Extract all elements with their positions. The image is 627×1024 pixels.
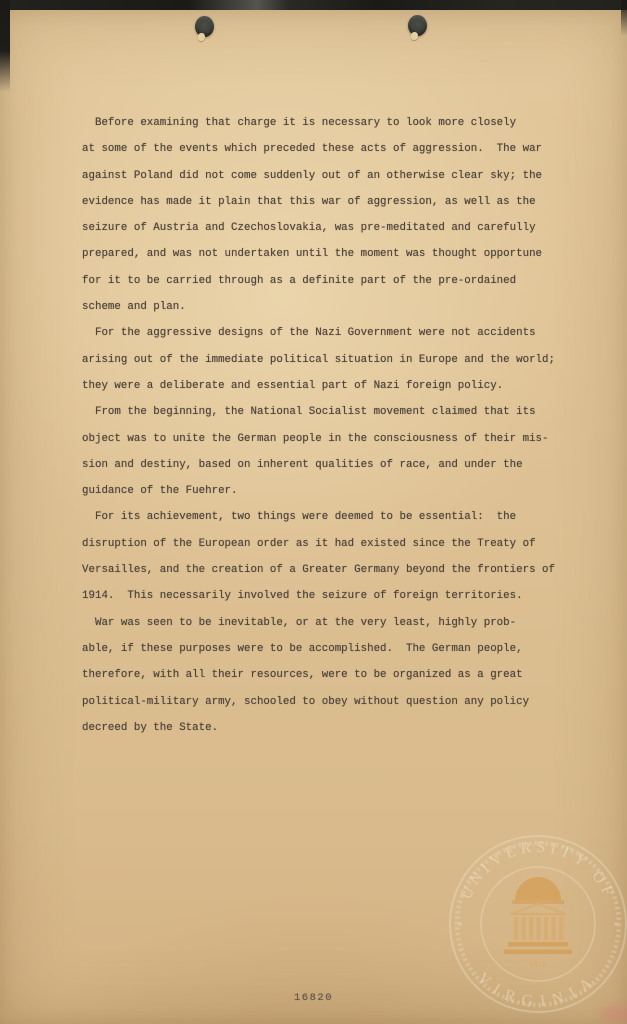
text-line: From the beginning, the National Sociali… (82, 399, 574, 425)
text-line: For the aggressive designs of the Nazi G… (82, 320, 574, 346)
text-line: Versailles, and the creation of a Greate… (82, 557, 574, 583)
scan-edge-top (0, 0, 627, 10)
text-line: against Poland did not come suddenly out… (82, 163, 574, 189)
text-line: 1914. This necessarily involved the seiz… (82, 583, 574, 609)
text-line: object was to unite the German people in… (82, 426, 574, 452)
text-line: For its achievement, two things were dee… (82, 504, 574, 530)
text-line: sion and destiny, based on inherent qual… (82, 452, 574, 478)
text-line: guidance of the Fuehrer. (82, 478, 574, 504)
text-line: evidence has made it plain that this war… (82, 189, 574, 215)
typewritten-text-block: Before examining that charge it is neces… (82, 110, 574, 741)
svg-text:VIRGINIA: VIRGINIA (474, 970, 602, 1011)
text-line: prepared, and was not undertaken until t… (82, 241, 574, 267)
rotunda-icon: 1819 (504, 877, 572, 969)
text-line: arising out of the immediate political s… (82, 347, 574, 373)
scan-edge-left (0, 0, 10, 92)
svg-text:1819: 1819 (530, 959, 547, 969)
punch-hole-left (195, 16, 214, 37)
text-line: able, if these purposes were to be accom… (82, 636, 574, 662)
text-line: seizure of Austria and Czechoslovakia, w… (82, 215, 574, 241)
text-line: therefore, with all their resources, wer… (82, 662, 574, 688)
text-line: disruption of the European order as it h… (82, 531, 574, 557)
page-number: 16820 (0, 992, 627, 1004)
text-line: at some of the events which preceded the… (82, 136, 574, 162)
punch-hole-right (408, 15, 427, 36)
text-line: for it to be carried through as a defini… (82, 268, 574, 294)
scanned-document-page: Before examining that charge it is neces… (0, 0, 627, 1024)
text-line: decreed by the State. (82, 715, 574, 741)
text-line: political-military army, schooled to obe… (82, 689, 574, 715)
text-line: they were a deliberate and essential par… (82, 373, 574, 399)
scan-edge-right (621, 0, 627, 36)
scan-smudge (601, 1006, 627, 1022)
text-line: War was seen to be inevitable, or at the… (82, 610, 574, 636)
text-line: Before examining that charge it is neces… (82, 110, 574, 136)
text-line: scheme and plan. (82, 294, 574, 320)
